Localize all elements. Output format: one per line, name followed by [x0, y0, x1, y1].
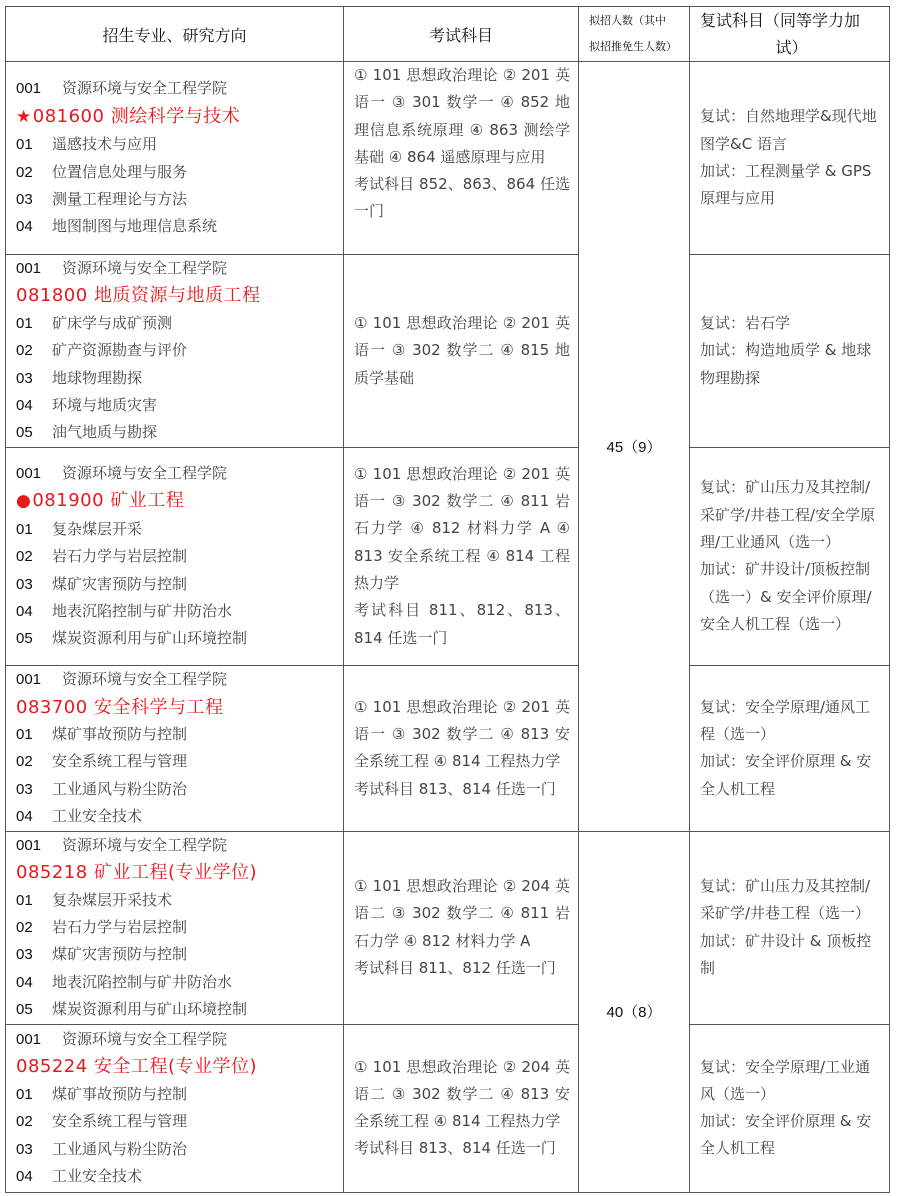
- retest-subjects: 复试：安全学原理/通风工程（选一）: [700, 694, 881, 749]
- exam-subjects: ① 101 思想政治理论 ② 201 英语一 ③ 302 数学二 ④ 811 岩…: [354, 461, 570, 597]
- header-exam: 考试科目: [344, 7, 579, 62]
- direction-code: 02: [16, 914, 52, 941]
- direction-name: 煤矿事故预防与控制: [52, 725, 187, 743]
- direction-code: 05: [16, 419, 52, 446]
- direction-name: 煤矿事故预防与控制: [52, 1085, 187, 1103]
- direction-code: 01: [16, 516, 52, 543]
- exam-note: 考试科目 813、814 任选一门: [354, 776, 570, 803]
- direction-code: 04: [16, 213, 52, 240]
- header-quota-line2: 拟招推免生人数）: [589, 34, 689, 60]
- header-quota: 拟招人数（其中 拟招推免生人数）: [579, 7, 690, 62]
- table-row: 001资源环境与安全工程学院 085218 矿业工程(专业学位) 01复杂煤层开…: [6, 831, 890, 1024]
- direction-code: 04: [16, 392, 52, 419]
- direction-name: 工业通风与粉尘防治: [52, 1140, 187, 1158]
- major-code: 085218: [16, 862, 88, 883]
- direction-code: 04: [16, 1163, 52, 1190]
- major-code: 081900: [32, 490, 104, 511]
- exam-subjects: ① 101 思想政治理论 ② 204 英语二 ③ 302 数学二 ④ 813 安…: [354, 1054, 570, 1136]
- direction-name: 岩石力学与岩层控制: [52, 918, 187, 936]
- direction-code: 04: [16, 803, 52, 830]
- major-cell: 001资源环境与安全工程学院 085224 安全工程(专业学位) 01煤矿事故预…: [6, 1024, 344, 1192]
- major-cell: 001资源环境与安全工程学院 085218 矿业工程(专业学位) 01复杂煤层开…: [6, 831, 344, 1024]
- major-name: 测绘科学与技术: [111, 106, 241, 127]
- exam-cell: ① 101 思想政治理论 ② 204 英语二 ③ 302 数学二 ④ 813 安…: [344, 1024, 579, 1192]
- major-name: 安全工程(专业学位): [94, 1056, 257, 1077]
- exam-subjects: ① 101 思想政治理论 ② 201 英语一 ③ 302 数学二 ④ 813 安…: [354, 694, 570, 776]
- direction-name: 复杂煤层开采技术: [52, 891, 172, 909]
- exam-cell: ① 101 思想政治理论 ② 201 英语一 ③ 302 数学二 ④ 813 安…: [344, 665, 579, 831]
- retest-cell: 复试：自然地理学&现代地图学&C 语言 加试：工程测量学 & GPS 原理与应用: [690, 62, 890, 255]
- header-retest-line2: 试）: [700, 34, 883, 61]
- retest-subjects: 复试：岩石学: [700, 310, 881, 337]
- direction-code: 03: [16, 365, 52, 392]
- major-name: 安全科学与工程: [94, 697, 224, 718]
- dept-code: 001: [16, 75, 62, 102]
- admissions-table: 招生专业、研究方向 考试科目 拟招人数（其中 拟招推免生人数） 复试科目（同等学…: [5, 6, 890, 1193]
- direction-code: 03: [16, 941, 52, 968]
- direction-code: 01: [16, 131, 52, 158]
- direction-name: 煤矿灾害预防与控制: [52, 575, 187, 593]
- major-name: 矿业工程: [110, 490, 184, 511]
- dept-name: 资源环境与安全工程学院: [62, 259, 227, 277]
- quota-value: 45（9）: [606, 439, 661, 456]
- direction-name: 煤炭资源利用与矿山环境控制: [52, 1000, 247, 1018]
- retest-subjects: 复试：矿山压力及其控制/采矿学/井巷工程（选一）: [700, 873, 881, 928]
- direction-code: 03: [16, 186, 52, 213]
- retest-subjects: 复试：矿山压力及其控制/采矿学/井巷工程/安全学原理/工业通风（选一）: [700, 474, 881, 556]
- dept-code: 001: [16, 666, 62, 693]
- dept-code: 001: [16, 1026, 62, 1053]
- direction-code: 01: [16, 310, 52, 337]
- direction-name: 岩石力学与岩层控制: [52, 547, 187, 565]
- direction-code: 02: [16, 159, 52, 186]
- direction-code: 01: [16, 887, 52, 914]
- dept-name: 资源环境与安全工程学院: [62, 464, 227, 482]
- dept-name: 资源环境与安全工程学院: [62, 670, 227, 688]
- direction-code: 02: [16, 337, 52, 364]
- major-cell: 001资源环境与安全工程学院 081800 地质资源与地质工程 01矿床学与成矿…: [6, 255, 344, 448]
- direction-code: 02: [16, 748, 52, 775]
- major-cell: 001资源环境与安全工程学院 083700 安全科学与工程 01煤矿事故预防与控…: [6, 665, 344, 831]
- major-cell: 001资源环境与安全工程学院 ●081900 矿业工程 01复杂煤层开采 02岩…: [6, 447, 344, 665]
- direction-name: 环境与地质灾害: [52, 396, 157, 414]
- dept-name: 资源环境与安全工程学院: [62, 836, 227, 854]
- exam-cell: ① 101 思想政治理论 ② 204 英语二 ③ 302 数学二 ④ 811 岩…: [344, 831, 579, 1024]
- dept-code: 001: [16, 255, 62, 282]
- direction-name: 位置信息处理与服务: [52, 163, 187, 181]
- direction-code: 01: [16, 1081, 52, 1108]
- quota-cell: 45（9）: [579, 62, 690, 832]
- exam-note: 考试科目 852、863、864 任选一门: [354, 171, 570, 226]
- header-row: 招生专业、研究方向 考试科目 拟招人数（其中 拟招推免生人数） 复试科目（同等学…: [6, 7, 890, 62]
- extra-subjects: 加试：安全评价原理 & 安全人机工程: [700, 1108, 881, 1163]
- major-name: 地质资源与地质工程: [94, 285, 261, 306]
- quota-cell: 40（8）: [579, 831, 690, 1192]
- direction-name: 油气地质与勘探: [52, 423, 157, 441]
- dept-name: 资源环境与安全工程学院: [62, 79, 227, 97]
- direction-code: 04: [16, 598, 52, 625]
- exam-cell: ① 101 思想政治理论 ② 201 英语一 ③ 302 数学二 ④ 811 岩…: [344, 447, 579, 665]
- table-row: 001资源环境与安全工程学院 085224 安全工程(专业学位) 01煤矿事故预…: [6, 1024, 890, 1192]
- direction-code: 03: [16, 571, 52, 598]
- exam-subjects: ① 101 思想政治理论 ② 201 英语一 ③ 301 数学一 ④ 852 地…: [354, 62, 570, 171]
- dept-code: 001: [16, 460, 62, 487]
- extra-subjects: 加试：构造地质学 & 地球物理勘探: [700, 337, 881, 392]
- dept-name: 资源环境与安全工程学院: [62, 1030, 227, 1048]
- major-cell: 001资源环境与安全工程学院 ★081600 测绘科学与技术 01遥感技术与应用…: [6, 62, 344, 255]
- header-retest-line1: 复试科目（同等学力加: [700, 7, 883, 34]
- exam-subjects: ① 101 思想政治理论 ② 204 英语二 ③ 302 数学二 ④ 811 岩…: [354, 873, 570, 955]
- direction-name: 复杂煤层开采: [52, 520, 142, 538]
- direction-name: 测量工程理论与方法: [52, 190, 187, 208]
- bullet-icon: ●: [16, 491, 31, 511]
- major-code: 081600: [33, 106, 105, 127]
- direction-name: 安全系统工程与管理: [52, 752, 187, 770]
- exam-note: 考试科目 811、812、813、814 任选一门: [354, 597, 570, 652]
- extra-subjects: 加试：矿井设计 & 顶板控制: [700, 928, 881, 983]
- direction-name: 地图制图与地理信息系统: [52, 217, 217, 235]
- direction-code: 05: [16, 625, 52, 652]
- direction-name: 地表沉陷控制与矿井防治水: [52, 602, 232, 620]
- direction-name: 矿床学与成矿预测: [52, 314, 172, 332]
- exam-cell: ① 101 思想政治理论 ② 201 英语一 ③ 302 数学二 ④ 815 地…: [344, 255, 579, 448]
- direction-code: 03: [16, 1136, 52, 1163]
- retest-cell: 复试：安全学原理/工业通风（选一） 加试：安全评价原理 & 安全人机工程: [690, 1024, 890, 1192]
- direction-name: 遥感技术与应用: [52, 135, 157, 153]
- quota-value: 40（8）: [606, 1004, 661, 1021]
- extra-subjects: 加试：矿井设计/顶板控制（选一）& 安全评价原理/安全人机工程（选一）: [700, 556, 881, 638]
- table-row: 001资源环境与安全工程学院 ★081600 测绘科学与技术 01遥感技术与应用…: [6, 62, 890, 255]
- table-row: 001资源环境与安全工程学院 083700 安全科学与工程 01煤矿事故预防与控…: [6, 665, 890, 831]
- retest-cell: 复试：安全学原理/通风工程（选一） 加试：安全评价原理 & 安全人机工程: [690, 665, 890, 831]
- major-name: 矿业工程(专业学位): [94, 862, 257, 883]
- direction-name: 工业安全技术: [52, 807, 142, 825]
- header-retest: 复试科目（同等学力加 试）: [690, 7, 890, 62]
- direction-name: 煤炭资源利用与矿山环境控制: [52, 629, 247, 647]
- extra-subjects: 加试：工程测量学 & GPS 原理与应用: [700, 158, 881, 213]
- major-code: 083700: [16, 697, 88, 718]
- direction-code: 02: [16, 1108, 52, 1135]
- direction-code: 05: [16, 996, 52, 1023]
- direction-name: 矿产资源勘查与评价: [52, 341, 187, 359]
- dept-code: 001: [16, 832, 62, 859]
- retest-subjects: 复试：安全学原理/工业通风（选一）: [700, 1054, 881, 1109]
- extra-subjects: 加试：安全评价原理 & 安全人机工程: [700, 748, 881, 803]
- major-code: 081800: [16, 285, 88, 306]
- table-row: 001资源环境与安全工程学院 ●081900 矿业工程 01复杂煤层开采 02岩…: [6, 447, 890, 665]
- direction-name: 地球物理勘探: [52, 369, 142, 387]
- direction-code: 01: [16, 721, 52, 748]
- exam-cell: ① 101 思想政治理论 ② 201 英语一 ③ 301 数学一 ④ 852 地…: [344, 62, 579, 255]
- direction-name: 安全系统工程与管理: [52, 1112, 187, 1130]
- table-row: 001资源环境与安全工程学院 081800 地质资源与地质工程 01矿床学与成矿…: [6, 255, 890, 448]
- header-major: 招生专业、研究方向: [6, 7, 344, 62]
- retest-cell: 复试：矿山压力及其控制/采矿学/井巷工程/安全学原理/工业通风（选一） 加试：矿…: [690, 447, 890, 665]
- major-code: 085224: [16, 1056, 88, 1077]
- star-icon: ★: [16, 107, 32, 127]
- retest-cell: 复试：岩石学 加试：构造地质学 & 地球物理勘探: [690, 255, 890, 448]
- exam-subjects: ① 101 思想政治理论 ② 201 英语一 ③ 302 数学二 ④ 815 地…: [354, 310, 570, 392]
- exam-note: 考试科目 813、814 任选一门: [354, 1135, 570, 1162]
- direction-name: 地表沉陷控制与矿井防治水: [52, 973, 232, 991]
- direction-name: 煤矿灾害预防与控制: [52, 945, 187, 963]
- exam-note: 考试科目 811、812 任选一门: [354, 955, 570, 982]
- retest-cell: 复试：矿山压力及其控制/采矿学/井巷工程（选一） 加试：矿井设计 & 顶板控制: [690, 831, 890, 1024]
- direction-name: 工业安全技术: [52, 1167, 142, 1185]
- direction-code: 02: [16, 543, 52, 570]
- direction-name: 工业通风与粉尘防治: [52, 780, 187, 798]
- header-quota-line1: 拟招人数（其中: [589, 8, 689, 34]
- direction-code: 04: [16, 969, 52, 996]
- direction-code: 03: [16, 776, 52, 803]
- retest-subjects: 复试：自然地理学&现代地图学&C 语言: [700, 103, 881, 158]
